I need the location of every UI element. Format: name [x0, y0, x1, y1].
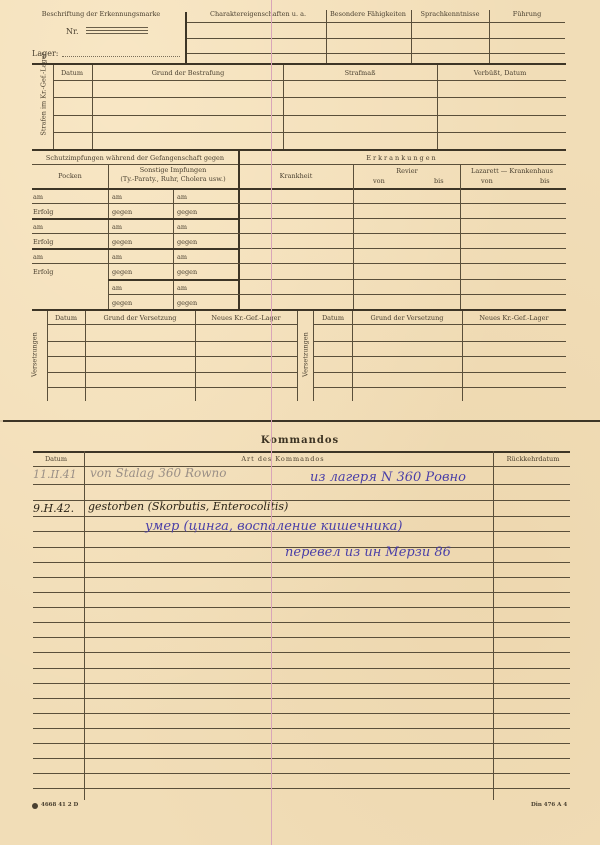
illnesses-title: Erkrankungen: [366, 155, 437, 162]
entry-text-de: gestorben (Skorbutis, Enterocolitis): [88, 500, 288, 513]
lazarett-label: Lazarett — Krankenhaus: [471, 168, 553, 175]
punishments-side-label: Strafen im Kr.-Gef.-Lager: [40, 76, 47, 136]
revier-label: Revier: [396, 168, 417, 175]
col-date: Datum: [61, 70, 83, 77]
print-code: 4668 41 2 D: [41, 803, 78, 809]
col-conduct: Führung: [513, 11, 542, 18]
nr-label: Nr.: [66, 28, 79, 36]
margin-line: [271, 0, 272, 845]
entry-date: 9.H.42.: [33, 502, 74, 515]
pox-label: Pocken: [58, 173, 82, 180]
lazarett-from: von: [481, 178, 493, 185]
disease-label: Krankheit: [280, 173, 313, 180]
entry-text-ru: из лагеря N 360 Ровно: [310, 470, 466, 485]
col-abilities: Besondere Fähigkeiten: [330, 11, 406, 18]
entry-text-ru: умер (цинга, воспаление кишечника): [145, 519, 402, 534]
col-character: Charaktereigenschaften u. a.: [210, 11, 306, 18]
entry-text-ru: перевел из ин Мерзи 86: [285, 545, 451, 560]
col-reason: Grund der Bestrafung: [152, 70, 225, 77]
din-label: Din 476 A 4: [531, 803, 567, 809]
other-vacc-sub: (Ty.-Paraty., Ruhr, Cholera usw.): [120, 176, 225, 183]
transfer-col-reason: Grund der Versetzung: [104, 315, 177, 322]
revier-from: von: [373, 178, 385, 185]
entry-date: 11.II.41: [33, 468, 77, 481]
transfer-col-date: Datum: [55, 315, 77, 322]
kommandos-col-return: Rückkehrdatum: [507, 456, 560, 463]
kommandos-title: Kommandos: [261, 436, 339, 446]
lazarett-to: bis: [540, 178, 550, 185]
col-served: Verbüßt, Datum: [474, 70, 527, 77]
revier-to: bis: [434, 178, 444, 185]
transfer-col-reason-2: Grund der Versetzung: [371, 315, 444, 322]
lager-field[interactable]: [62, 56, 180, 57]
document-page: [0, 0, 600, 845]
other-vacc-label: Sonstige Impfungen: [140, 167, 207, 174]
id-number-redacted: [86, 27, 148, 36]
transfer-col-camp-2: Neues Kr.-Gef.-Lager: [479, 315, 548, 322]
col-penalty: Strafmaß: [345, 70, 376, 77]
transfers-side-label-right: Versetzungen: [302, 330, 309, 380]
col-languages: Sprachkenntnisse: [421, 11, 480, 18]
vaccinations-title: Schutzimpfungen während der Gefangenscha…: [46, 155, 224, 162]
transfer-col-date-2: Datum: [322, 315, 344, 322]
entry-text-de: von Stalag 360 Rowno: [90, 466, 226, 480]
kommandos-col-type: Art des Kommandos: [241, 456, 324, 463]
transfers-side-label-left: Versetzungen: [31, 330, 38, 380]
kommandos-col-date: Datum: [45, 456, 67, 463]
stamp-icon: [32, 803, 38, 809]
id-tag-label: Beschriftung der Erkennungsmarke: [42, 11, 161, 18]
